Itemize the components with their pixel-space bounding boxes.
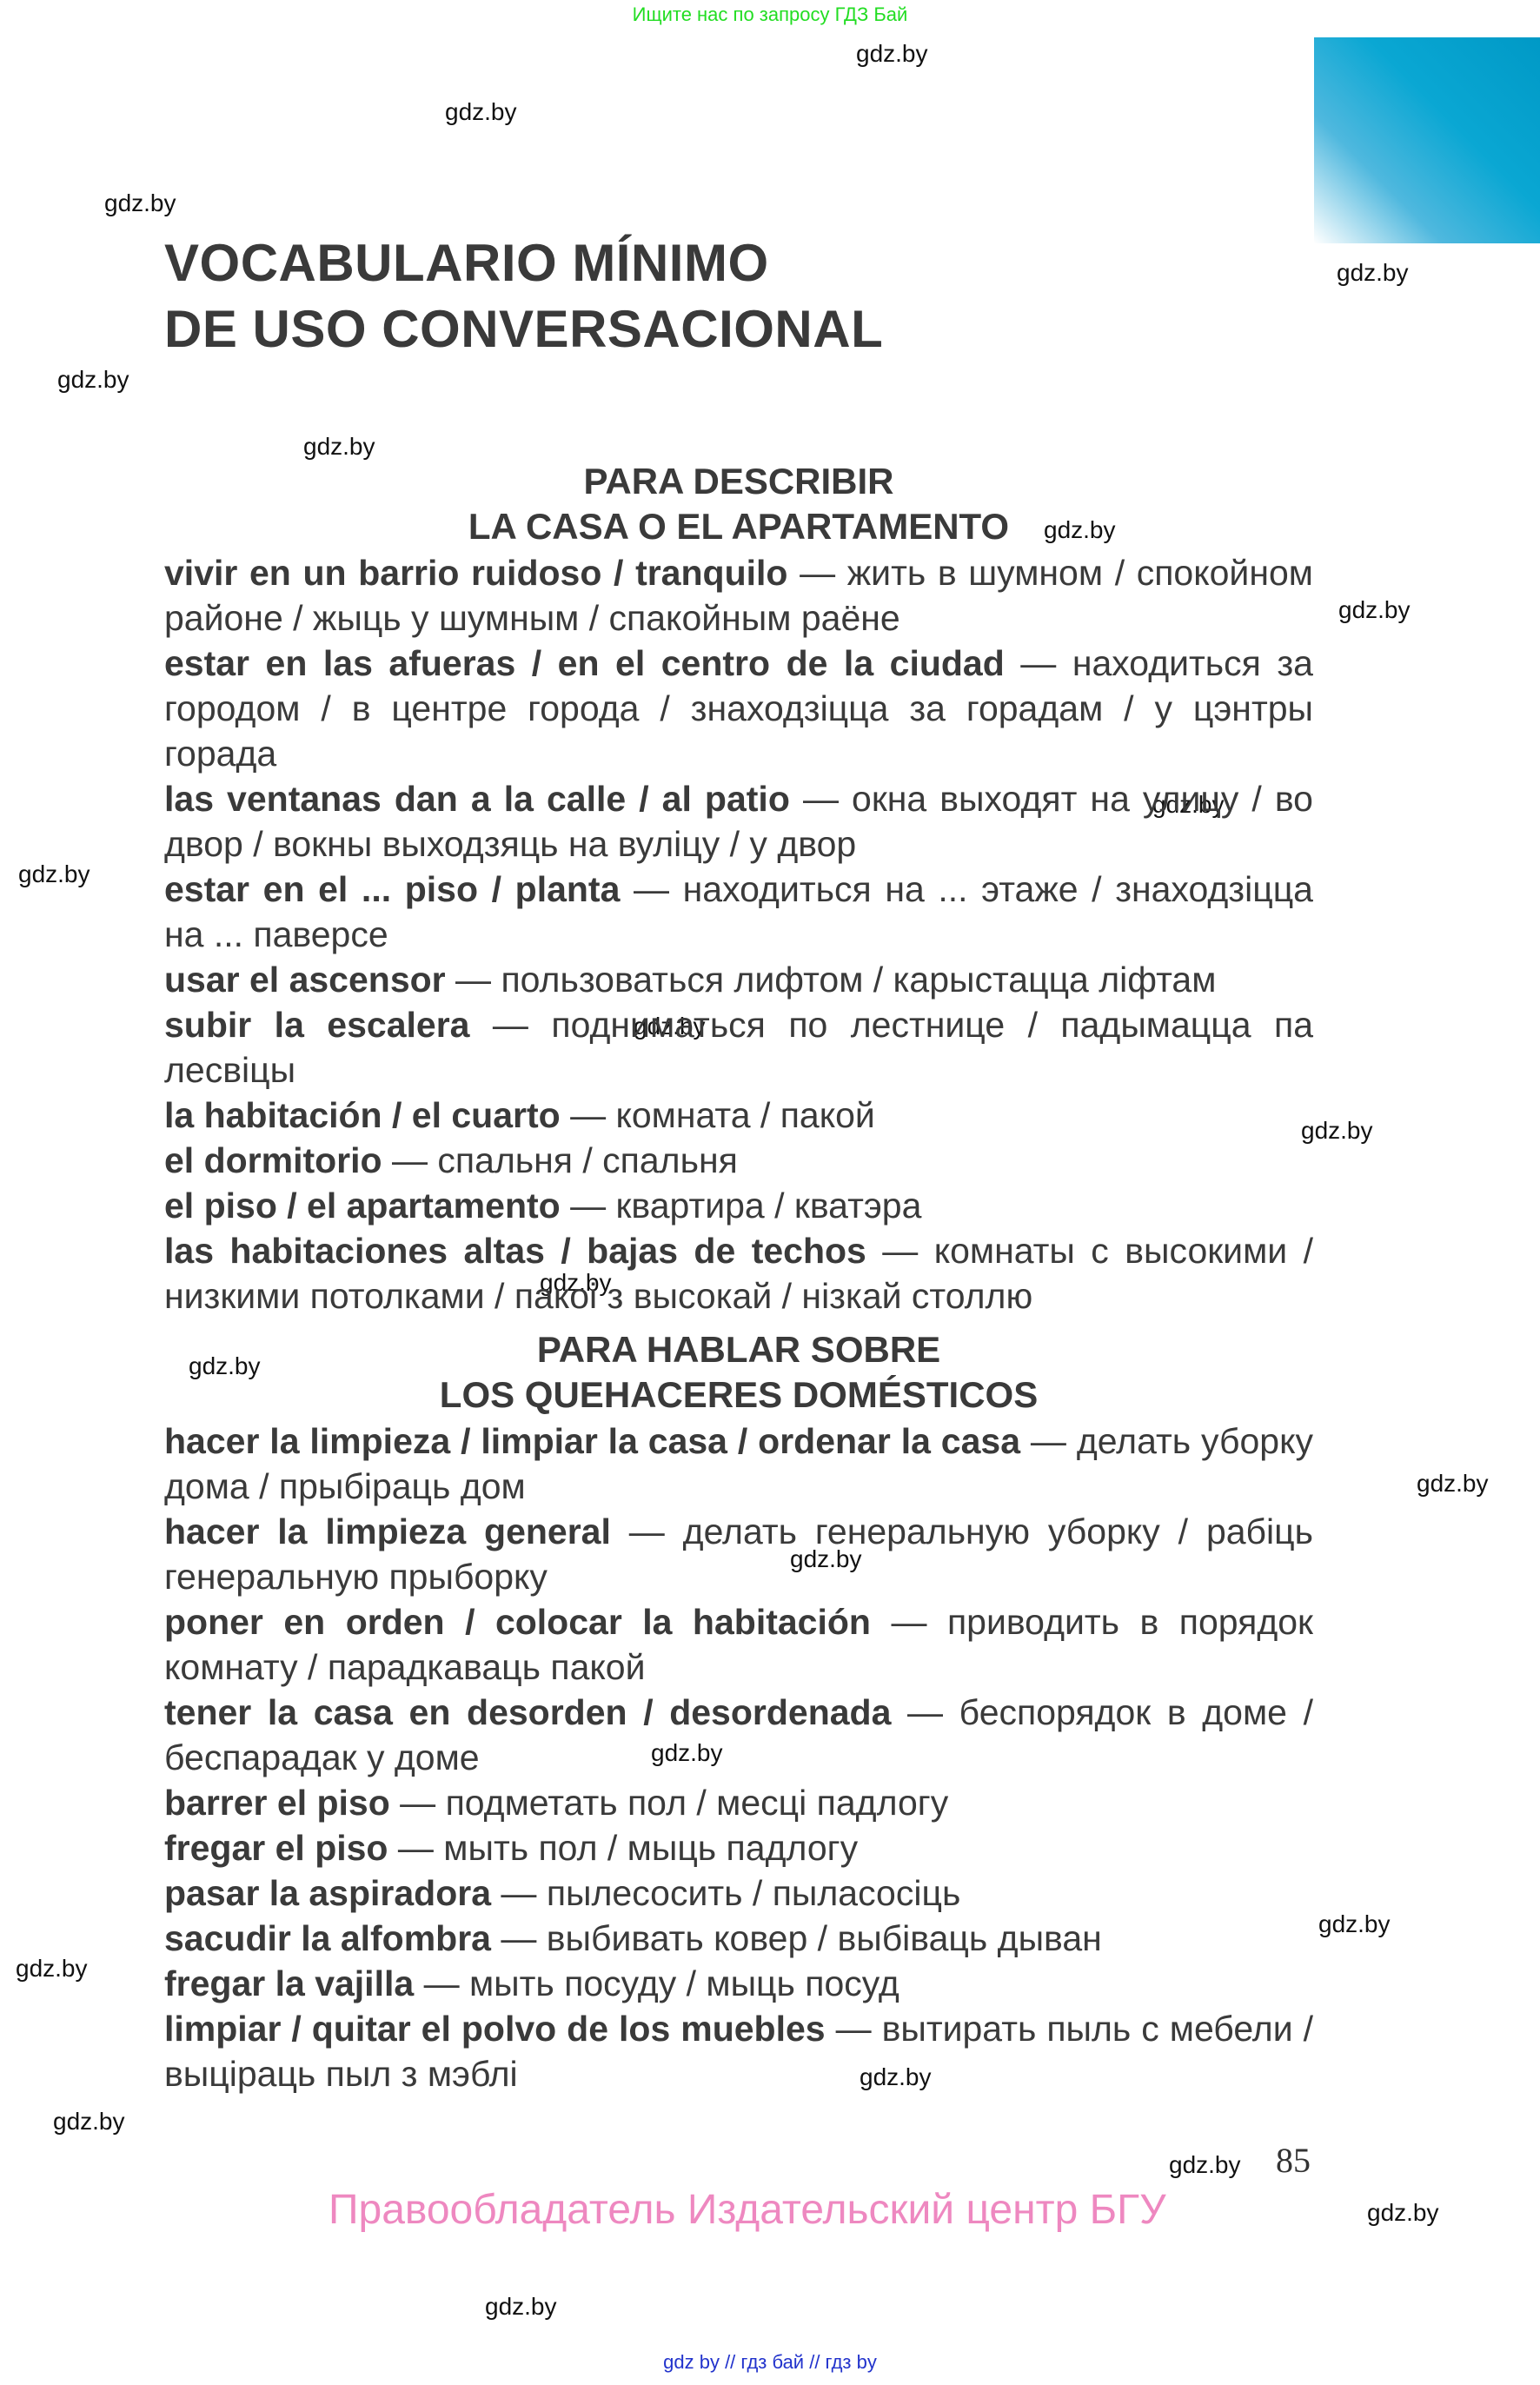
em-dash-separator: —: [561, 1186, 616, 1226]
spanish-phrase: subir la escalera: [164, 1005, 469, 1045]
translation: подметать пол / месці падлогу: [446, 1783, 949, 1823]
spanish-phrase: estar en el ... piso / planta: [164, 869, 620, 909]
vocabulary-list-house: vivir en un barrio ruidoso / tranquilo —…: [164, 550, 1313, 1319]
corner-gradient-block: [1314, 37, 1540, 243]
vocabulary-entry: pasar la aspiradora — пылесосить / пылас…: [164, 1870, 1313, 1916]
em-dash-separator: —: [787, 553, 846, 593]
watermark: gdz.by: [57, 366, 129, 394]
vocabulary-entry: hacer la limpieza / limpiar la casa / or…: [164, 1418, 1313, 1509]
watermark: gdz.by: [18, 860, 90, 888]
em-dash-separator: —: [446, 960, 501, 1000]
em-dash-separator: —: [866, 1231, 934, 1271]
spanish-phrase: las ventanas dan a la calle / al patio: [164, 779, 790, 819]
spanish-phrase: poner en orden / colocar la habitación: [164, 1602, 871, 1642]
em-dash-separator: —: [491, 1918, 547, 1958]
copyright-notice: Правообладатель Издательский центр БГУ: [329, 2186, 1166, 2234]
watermark: gdz.by: [1337, 259, 1409, 287]
spanish-phrase: sacudir la alfombra: [164, 1918, 491, 1958]
section-heading-line-2: LA CASA O EL APARTAMENTO: [164, 504, 1313, 549]
em-dash-separator: —: [871, 1602, 947, 1642]
vocabulary-entry: limpiar / quitar el polvo de los muebles…: [164, 2006, 1313, 2096]
vocabulary-entry: fregar el piso — мыть пол / мыць падлогу: [164, 1825, 1313, 1870]
spanish-phrase: tener la casa en desorden / desordenada: [164, 1692, 891, 1732]
translation: пользоваться лифтом / карыстацца ліфтам: [501, 960, 1216, 1000]
em-dash-separator: —: [390, 1783, 446, 1823]
translation: пылесосить / пыласосіць: [547, 1873, 961, 1913]
spanish-phrase: pasar la aspiradora: [164, 1873, 491, 1913]
spanish-phrase: las habitaciones altas / bajas de techos: [164, 1231, 866, 1271]
em-dash-separator: —: [382, 1140, 438, 1180]
translation: комната / пакой: [615, 1095, 874, 1135]
watermark: gdz.by: [485, 2293, 557, 2321]
spanish-phrase: hacer la limpieza / limpiar la casa / or…: [164, 1421, 1020, 1461]
watermark: gdz.by: [104, 189, 176, 217]
spanish-phrase: el dormitorio: [164, 1140, 382, 1180]
translation: мыть посуду / мыць посуд: [469, 1963, 899, 2003]
em-dash-separator: —: [826, 2009, 882, 2049]
page-title: VOCABULARIO MÍNIMO DE USO CONVERSACIONAL: [164, 230, 883, 362]
vocabulary-entry: el piso / el apartamento — квартира / кв…: [164, 1183, 1313, 1228]
footer-links[interactable]: gdz by // гдз бай // гдз by: [0, 2351, 1540, 2374]
translation: мыть пол / мыць падлогу: [443, 1828, 858, 1868]
em-dash-separator: —: [491, 1873, 547, 1913]
vocabulary-entry: fregar la vajilla — мыть посуду / мыць п…: [164, 1961, 1313, 2006]
watermark: gdz.by: [1367, 2199, 1439, 2227]
vocabulary-entry: la habitación / el cuarto — комната / па…: [164, 1093, 1313, 1138]
spanish-phrase: hacer la limpieza general: [164, 1511, 611, 1551]
translation: выбивать ковер / выбіваць дыван: [547, 1918, 1102, 1958]
translation: спальня / спальня: [437, 1140, 737, 1180]
spanish-phrase: la habitación / el cuarto: [164, 1095, 561, 1135]
em-dash-separator: —: [388, 1828, 443, 1868]
em-dash-separator: —: [469, 1005, 551, 1045]
title-line-2: DE USO CONVERSACIONAL: [164, 296, 883, 362]
section-heading-line-1: PARA DESCRIBIR: [164, 459, 1313, 504]
spanish-phrase: usar el ascensor: [164, 960, 446, 1000]
vocabulary-entry: vivir en un barrio ruidoso / tranquilo —…: [164, 550, 1313, 641]
watermark: gdz.by: [1169, 2151, 1241, 2179]
watermark: gdz.by: [303, 433, 375, 461]
watermark: gdz.by: [1318, 1910, 1391, 1938]
watermark: gdz.by: [445, 98, 517, 126]
watermark: gdz.by: [1417, 1470, 1489, 1498]
vocabulary-entry: el dormitorio — спальня / спальня: [164, 1138, 1313, 1183]
watermark: gdz.by: [1338, 596, 1411, 624]
em-dash-separator: —: [1020, 1421, 1077, 1461]
em-dash-separator: —: [790, 779, 852, 819]
watermark: gdz.by: [53, 2108, 125, 2136]
em-dash-separator: —: [611, 1511, 683, 1551]
vocabulary-entry: tener la casa en desorden / desordenada …: [164, 1690, 1313, 1780]
vocabulary-entry: estar en las afueras / en el centro de l…: [164, 641, 1313, 776]
em-dash-separator: —: [891, 1692, 959, 1732]
section-heading-line-1: PARA HABLAR SOBRE: [164, 1327, 1313, 1372]
vocabulary-entry: subir la escalera — подниматься по лестн…: [164, 1002, 1313, 1093]
spanish-phrase: limpiar / quitar el polvo de los muebles: [164, 2009, 826, 2049]
section-heading-describe-house: PARA DESCRIBIR LA CASA O EL APARTAMENTO: [164, 459, 1313, 549]
watermark: gdz.by: [16, 1955, 88, 1983]
vocabulary-entry: las ventanas dan a la calle / al patio —…: [164, 776, 1313, 867]
vocabulary-entry: poner en orden / colocar la habitación —…: [164, 1599, 1313, 1690]
em-dash-separator: —: [620, 869, 682, 909]
spanish-phrase: estar en las afueras / en el centro de l…: [164, 643, 1005, 683]
em-dash-separator: —: [414, 1963, 469, 2003]
spanish-phrase: barrer el piso: [164, 1783, 390, 1823]
em-dash-separator: —: [561, 1095, 616, 1135]
watermark: gdz.by: [856, 40, 928, 68]
vocabulary-entry: usar el ascensor — пользоваться лифтом /…: [164, 957, 1313, 1002]
section-heading-household-chores: PARA HABLAR SOBRE LOS QUEHACERES DOMÉSTI…: [164, 1327, 1313, 1418]
vocabulary-entry: hacer la limpieza general — делать генер…: [164, 1509, 1313, 1599]
spanish-phrase: fregar el piso: [164, 1828, 388, 1868]
vocabulary-entry: barrer el piso — подметать пол / месці п…: [164, 1780, 1313, 1825]
top-search-banner[interactable]: Ищите нас по запросу ГДЗ Бай: [0, 3, 1540, 26]
vocabulary-entry: sacudir la alfombra — выбивать ковер / в…: [164, 1916, 1313, 1961]
translation: квартира / кватэра: [615, 1186, 921, 1226]
spanish-phrase: vivir en un barrio ruidoso / tranquilo: [164, 553, 787, 593]
vocabulary-entry: las habitaciones altas / bajas de techos…: [164, 1228, 1313, 1319]
em-dash-separator: —: [1005, 643, 1072, 683]
vocabulary-list-chores: hacer la limpieza / limpiar la casa / or…: [164, 1418, 1313, 2096]
page-number: 85: [1276, 2140, 1311, 2181]
spanish-phrase: fregar la vajilla: [164, 1963, 414, 2003]
section-heading-line-2: LOS QUEHACERES DOMÉSTICOS: [164, 1372, 1313, 1418]
title-line-1: VOCABULARIO MÍNIMO: [164, 230, 883, 296]
spanish-phrase: el piso / el apartamento: [164, 1186, 561, 1226]
vocabulary-entry: estar en el ... piso / planta — находить…: [164, 867, 1313, 957]
